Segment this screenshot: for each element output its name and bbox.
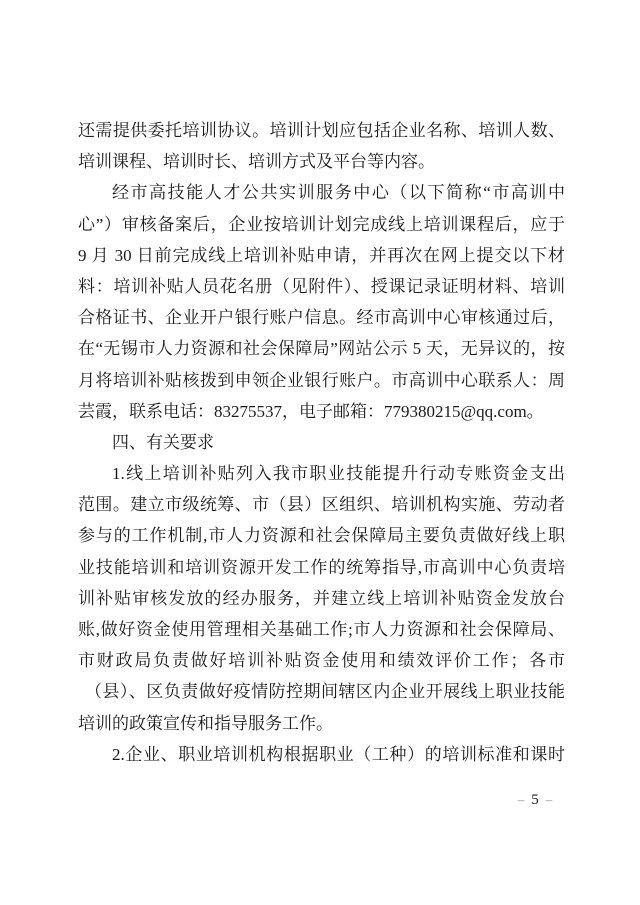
document-page: 还需提供委托培训协议。培训计划应包括企业名称、培训人数、 培训课程、培训时长、培… (0, 0, 640, 905)
page-number: – 5 – (506, 789, 564, 811)
text-line: 培训的政策宣传和指导服务工作。 (78, 708, 565, 739)
page-number-dash-left: – (518, 789, 525, 811)
text-line: 范围。建立市级统筹、市（县）区组织、培训机构实施、劳动者 (78, 489, 565, 520)
text-line: 1.线上培训补贴列入我市职业技能提升行动专账资金支出 (78, 458, 565, 489)
text-line: 在“无锡市人力资源和社会保障局”网站公示 5 天，无异议的，按 (78, 333, 565, 364)
text-line: 经市高技能人才公共实训服务中心（以下简称“市高训中 (78, 177, 565, 208)
text-line: 培训课程、培训时长、培训方式及平台等内容。 (78, 146, 565, 177)
text-line: （县）、区负责做好疫情防控期间辖区内企业开展线上职业技能 (78, 676, 565, 707)
text-line: 心”）审核备案后，企业按培训计划完成线上培训课程后，应于 (78, 209, 565, 240)
page-number-dash-right: – (546, 789, 553, 811)
text-line: 月将培训补贴核拨到申领企业银行账户。市高训中心联系人：周 (78, 365, 565, 396)
text-line: 参与的工作机制,市人力资源和社会保障局主要负责做好线上职 (78, 520, 565, 551)
document-body: 还需提供委托培训协议。培训计划应包括企业名称、培训人数、 培训课程、培训时长、培… (78, 115, 565, 770)
text-line: 2.企业、职业培训机构根据职业（工种）的培训标准和课时 (78, 739, 565, 770)
text-line: 还需提供委托培训协议。培训计划应包括企业名称、培训人数、 (78, 115, 565, 146)
text-line: 芸霞，联系电话：83275537，电子邮箱：779380215@qq.com。 (78, 396, 565, 427)
text-line: 市财政局负责做好培训补贴资金使用和绩效评价工作；各市 (78, 645, 565, 676)
text-line: 业技能培训和培训资源开发工作的统筹指导,市高训中心负责培 (78, 552, 565, 583)
text-line: 合格证书、企业开户银行账户信息。经市高训中心审核通过后， (78, 302, 565, 333)
text-line: 账,做好资金使用管理相关基础工作;市人力资源和社会保障局、 (78, 614, 565, 645)
text-line: 训补贴审核发放的经办服务，并建立线上培训补贴资金发放台 (78, 583, 565, 614)
text-line: 9 月 30 日前完成线上培训补贴申请，并再次在网上提交以下材 (78, 240, 565, 271)
text-line: 料：培训补贴人员花名册（见附件）、授课记录证明材料、培训 (78, 271, 565, 302)
section-heading: 四、有关要求 (78, 427, 565, 458)
page-number-value: 5 (531, 789, 539, 811)
